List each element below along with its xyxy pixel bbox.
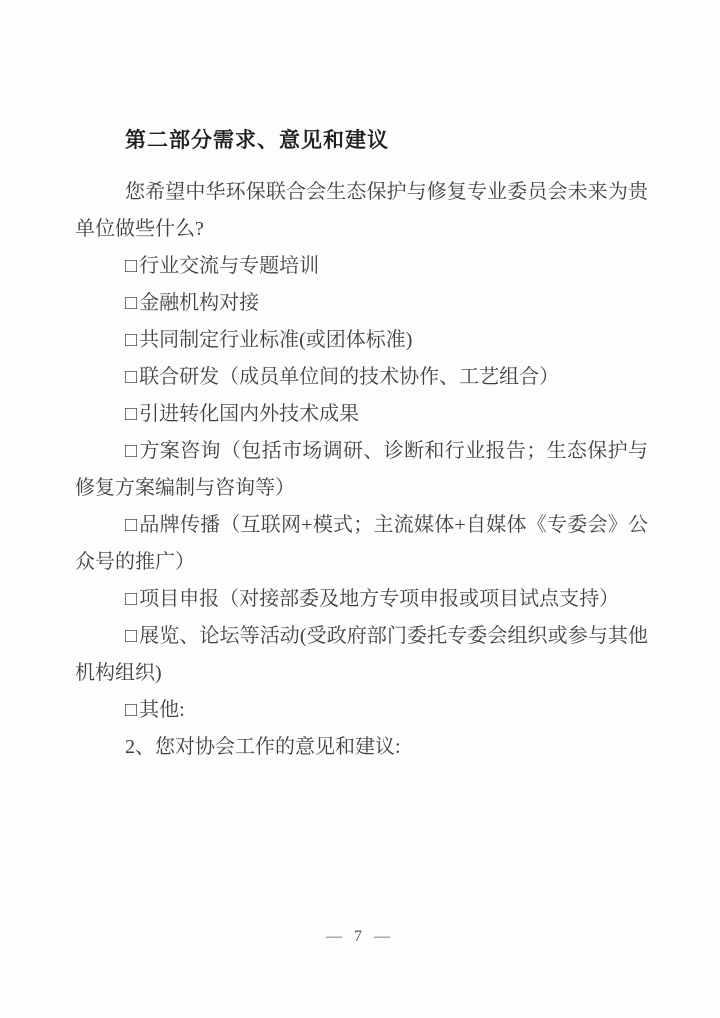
checkbox-option-consulting: □方案咨询（包括市场调研、诊断和行业报告；生态保护与修复方案编制与咨询等） [75, 433, 648, 507]
checkbox-icon: □ [125, 618, 137, 655]
checkbox-icon: □ [125, 285, 137, 322]
document-page: 第二部分需求、意见和建议 您希望中华环保联合会生态保护与修复专业委员会未来为贵单… [0, 0, 720, 1018]
checkbox-icon: □ [125, 396, 137, 433]
option-label: 其他: [139, 699, 185, 721]
checkbox-option-brand-promotion: □品牌传播（互联网+模式；主流媒体+自媒体《专委会》公众号的推广） [75, 507, 648, 581]
checkbox-icon: □ [125, 507, 137, 544]
option-label: 品牌传播（互联网+模式；主流媒体+自媒体《专委会》公众号的推广） [75, 514, 648, 573]
option-label: 展览、论坛等活动(受政府部门委托专委会组织或参与其他机构组织) [75, 625, 648, 684]
checkbox-option-financial-institutions: □金融机构对接 [75, 285, 648, 322]
option-label: 项目申报（对接部委及地方专项申报或项目试点支持） [139, 588, 619, 610]
question-2: 2、您对协会工作的意见和建议: [75, 729, 648, 766]
checkbox-icon: □ [125, 692, 137, 729]
option-label: 行业交流与专题培训 [139, 255, 319, 277]
checkbox-option-industry-standards: □共同制定行业标准(或团体标准) [75, 322, 648, 359]
option-label: 方案咨询（包括市场调研、诊断和行业报告；生态保护与修复方案编制与咨询等） [75, 440, 648, 499]
checkbox-icon: □ [125, 359, 137, 396]
checkbox-option-other: □其他: [75, 692, 648, 729]
checkbox-option-project-application: □项目申报（对接部委及地方专项申报或项目试点支持） [75, 581, 648, 618]
checkbox-icon: □ [125, 248, 137, 285]
page-number: — 7 — [0, 928, 720, 946]
checkbox-option-industry-exchange: □行业交流与专题培训 [75, 248, 648, 285]
option-label: 引进转化国内外技术成果 [139, 403, 359, 425]
checkbox-icon: □ [125, 581, 137, 618]
checkbox-option-tech-transfer: □引进转化国内外技术成果 [75, 396, 648, 433]
checkbox-icon: □ [125, 322, 137, 359]
page-content: 第二部分需求、意见和建议 您希望中华环保联合会生态保护与修复专业委员会未来为贵单… [75, 122, 648, 766]
checkbox-option-exhibitions-forums: □展览、论坛等活动(受政府部门委托专委会组织或参与其他机构组织) [75, 618, 648, 692]
checkbox-icon: □ [125, 433, 137, 470]
option-label: 联合研发（成员单位间的技术协作、工艺组合） [139, 366, 559, 388]
option-label: 共同制定行业标准(或团体标准) [139, 329, 412, 351]
option-label: 金融机构对接 [139, 292, 259, 314]
checkbox-option-joint-rd: □联合研发（成员单位间的技术协作、工艺组合） [75, 359, 648, 396]
section-title: 第二部分需求、意见和建议 [75, 122, 648, 159]
intro-question: 您希望中华环保联合会生态保护与修复专业委员会未来为贵单位做些什么? [75, 174, 648, 248]
